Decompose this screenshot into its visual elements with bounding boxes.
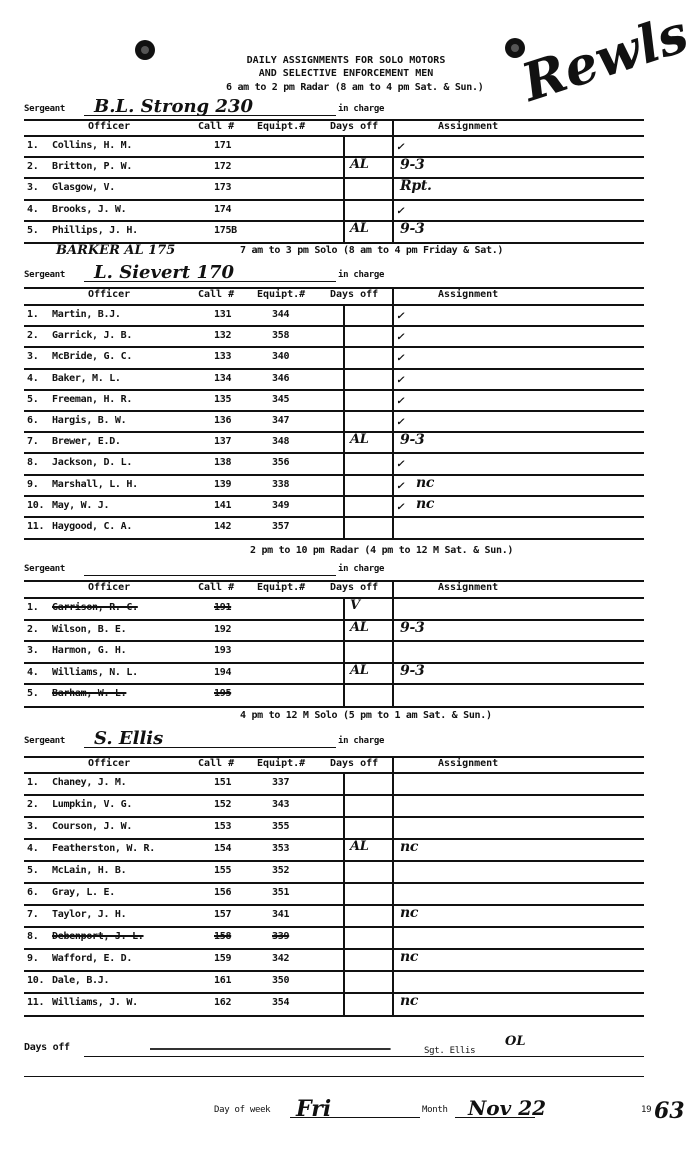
days-off-entry: AL: [350, 432, 369, 447]
day-of-week-value: Fri: [296, 1096, 331, 1122]
equipment-number: 356: [272, 457, 289, 468]
column-header-call: Call #: [198, 121, 234, 132]
officer-name: Garrison, R. C.: [52, 602, 138, 613]
column-header-assignment: Assignment: [438, 758, 498, 769]
row-number: 10.: [27, 500, 44, 511]
table-row: 8.Debenport, J. L.158339: [24, 927, 644, 949]
row-number: 1.: [27, 602, 38, 613]
equipment-number: 353: [272, 843, 289, 854]
call-number: 132: [214, 330, 231, 341]
call-number: 162: [214, 997, 231, 1008]
officer-name: Collins, H. M.: [52, 140, 132, 151]
equipment-number: 351: [272, 887, 289, 898]
day-of-week-underline: [290, 1117, 420, 1118]
officer-name: Baker, M. L.: [52, 373, 121, 384]
equipment-number: 347: [272, 415, 289, 426]
call-number: 154: [214, 843, 231, 854]
equipment-number: 345: [272, 394, 289, 405]
row-number: 11.: [27, 997, 44, 1008]
officer-name: Courson, J. W.: [52, 821, 132, 832]
equipment-number: 358: [272, 330, 289, 341]
assignment-entry: nc: [416, 475, 434, 491]
table-row: 1.Martin, B.J.131344✓: [24, 305, 644, 327]
call-number: 171: [214, 140, 231, 151]
call-number: 152: [214, 799, 231, 810]
call-number: 153: [214, 821, 231, 832]
sergeant-name: B.L. Strong 230: [94, 96, 253, 117]
call-number: 136: [214, 415, 231, 426]
column-header-equip: Equipt.#: [257, 582, 305, 593]
call-number: 159: [214, 953, 231, 964]
officer-name: Williams, J. W.: [52, 997, 138, 1008]
row-number: 1.: [27, 777, 38, 788]
call-number: 134: [214, 373, 231, 384]
column-header-days-off: Days off: [330, 582, 378, 593]
month-label: Month: [422, 1105, 448, 1115]
equipment-number: 346: [272, 373, 289, 384]
row-number: 8.: [27, 931, 38, 942]
check-mark: ✓: [396, 375, 404, 386]
table-row: 5.Barham, W. L.195: [24, 684, 644, 706]
table-row: 1.Collins, H. M.171✓: [24, 136, 644, 158]
officer-name: Debenport, J. L.: [52, 931, 144, 942]
row-number: 8.: [27, 457, 38, 468]
year-value: 63: [654, 1098, 685, 1124]
row-number: 2.: [27, 330, 38, 341]
column-header-equip: Equipt.#: [257, 289, 305, 300]
equipment-number: 338: [272, 479, 289, 490]
column-header-days-off: Days off: [330, 289, 378, 300]
officer-name: Taylor, J. H.: [52, 909, 126, 920]
table-row: 5.Phillips, J. H.175BAL9-3: [24, 221, 644, 243]
column-header-officer: Officer: [88, 289, 130, 300]
equipment-number: 340: [272, 351, 289, 362]
equipment-number: 339: [272, 931, 289, 942]
call-number: 131: [214, 309, 231, 320]
assignment-entry: 9-3: [400, 620, 424, 636]
column-header-assignment: Assignment: [438, 289, 498, 300]
assignment-entry: nc: [416, 496, 434, 512]
shift-hours: 7 am to 3 pm Solo (8 am to 4 pm Friday &…: [240, 245, 503, 256]
column-header-call: Call #: [198, 758, 234, 769]
sergeant-label: Sergeant: [24, 270, 65, 280]
equipment-number: 357: [272, 521, 289, 532]
days-off-entry: AL: [350, 157, 369, 172]
call-number: 172: [214, 161, 231, 172]
row-number: 1.: [27, 140, 38, 151]
row-number: 2.: [27, 624, 38, 635]
shift-hours: 2 pm to 10 pm Radar (4 pm to 12 M Sat. &…: [250, 545, 513, 556]
call-number: 141: [214, 500, 231, 511]
table-row: 10.May, W. J.141349✓nc: [24, 496, 644, 518]
table-row: 9.Wafford, E. D.159342nc: [24, 949, 644, 971]
row-number: 4.: [27, 843, 38, 854]
officer-name: Garrick, J. B.: [52, 330, 132, 341]
check-mark: ✓: [396, 481, 404, 492]
column-header-equip: Equipt.#: [257, 121, 305, 132]
officer-name: Marshall, L. H.: [52, 479, 138, 490]
row-number: 9.: [27, 953, 38, 964]
year-label: 19: [641, 1105, 651, 1115]
table-row: 4.Brooks, J. W.174✓: [24, 200, 644, 222]
sergeant-name: S. Ellis: [94, 728, 163, 749]
officer-name: Williams, N. L.: [52, 667, 138, 678]
sergeant-label: Sergeant: [24, 736, 65, 746]
check-mark: ✓: [396, 206, 404, 217]
days-off-value: Sgt. Ellis: [424, 1046, 475, 1056]
in-charge-label: in charge: [338, 270, 384, 280]
form-title-line2: AND SELECTIVE ENFORCEMENT MEN: [0, 68, 692, 79]
officer-name: Martin, B.J.: [52, 309, 121, 320]
equipment-number: 343: [272, 799, 289, 810]
table-row: 2.Lumpkin, V. G.152343: [24, 795, 644, 817]
days-off-entry: AL: [350, 663, 369, 678]
row-number: 4.: [27, 373, 38, 384]
officer-name: McLain, H. B.: [52, 865, 126, 876]
sergeant-underline: [84, 575, 336, 576]
row-number: 4.: [27, 204, 38, 215]
days-off-entry: AL: [350, 620, 369, 635]
table-row: 5.McLain, H. B.155352: [24, 861, 644, 883]
day-of-week-label: Day of week: [214, 1105, 270, 1115]
row-number: 9.: [27, 479, 38, 490]
call-number: 135: [214, 394, 231, 405]
in-charge-label: in charge: [338, 104, 384, 114]
row-number: 7.: [27, 436, 38, 447]
row-number: 10.: [27, 975, 44, 986]
table-row: 11.Haygood, C. A.142357: [24, 517, 644, 539]
table-row: 2.Britton, P. W.172AL9-3: [24, 157, 644, 179]
call-number: 137: [214, 436, 231, 447]
officer-name: May, W. J.: [52, 500, 109, 511]
officer-name: Glasgow, V.: [52, 182, 115, 193]
call-number: 142: [214, 521, 231, 532]
assignment-entry: 9-3: [400, 221, 424, 237]
call-number: 157: [214, 909, 231, 920]
table-bottom-rule: [24, 538, 644, 540]
officer-name: Brooks, J. W.: [52, 204, 126, 215]
row-number: 3.: [27, 182, 38, 193]
table-row: 11.Williams, J. W.162354nc: [24, 993, 644, 1015]
days-off-struck-text: [150, 1044, 391, 1054]
equipment-number: 341: [272, 909, 289, 920]
officer-name: Featherston, W. R.: [52, 843, 155, 854]
in-charge-label: in charge: [338, 736, 384, 746]
row-number: 3.: [27, 645, 38, 656]
row-number: 5.: [27, 225, 38, 236]
call-number: 139: [214, 479, 231, 490]
table-row: 9.Marshall, L. H.139338✓nc: [24, 475, 644, 497]
days-off-entry: AL: [350, 221, 369, 236]
call-number: 174: [214, 204, 231, 215]
equipment-number: 348: [272, 436, 289, 447]
officer-name: Jackson, D. L.: [52, 457, 132, 468]
sergeant-label: Sergeant: [24, 104, 65, 114]
table-row: 1.Garrison, R. C.191V: [24, 598, 644, 620]
days-off-entry: AL: [350, 839, 369, 854]
officer-name: Chaney, J. M.: [52, 777, 126, 788]
table-row: 5.Freeman, H. R.135345✓: [24, 390, 644, 412]
table-row: 7.Brewer, E.D.137348AL9-3: [24, 432, 644, 454]
check-mark: ✓: [396, 311, 404, 322]
officer-name: Brewer, E.D.: [52, 436, 121, 447]
column-header-equip: Equipt.#: [257, 758, 305, 769]
table-row: 3.Courson, J. W.153355: [24, 817, 644, 839]
column-header-assignment: Assignment: [438, 121, 498, 132]
table-bottom-rule: [24, 706, 644, 708]
table-row: 3.McBride, G. C.133340✓: [24, 347, 644, 369]
check-mark: ✓: [396, 417, 404, 428]
check-mark: ✓: [396, 332, 404, 343]
call-number: 191: [214, 602, 231, 613]
column-header-days-off: Days off: [330, 758, 378, 769]
sergeant-label: Sergeant: [24, 564, 65, 574]
column-header-officer: Officer: [88, 758, 130, 769]
equipment-number: 355: [272, 821, 289, 832]
form-title-line1: DAILY ASSIGNMENTS FOR SOLO MOTORS: [0, 55, 692, 66]
call-number: 158: [214, 931, 231, 942]
row-number: 7.: [27, 909, 38, 920]
table-bottom-rule: [24, 1015, 644, 1017]
officer-name: Freeman, H. R.: [52, 394, 132, 405]
call-number: 155: [214, 865, 231, 876]
call-number: 193: [214, 645, 231, 656]
officer-name: Britton, P. W.: [52, 161, 132, 172]
check-mark: ✓: [396, 502, 404, 513]
call-number: 173: [214, 182, 231, 193]
equipment-number: 344: [272, 309, 289, 320]
call-number: 194: [214, 667, 231, 678]
shift-hours: 6 am to 2 pm Radar (8 am to 4 pm Sat. & …: [226, 82, 483, 93]
footer-rule: [24, 1076, 644, 1077]
call-number: 133: [214, 351, 231, 362]
table-row: 4.Featherston, W. R.154353ALnc: [24, 839, 644, 861]
days-off-underline: [84, 1056, 644, 1057]
assignment-entry: nc: [400, 993, 418, 1009]
assignment-entry: nc: [400, 905, 418, 921]
officer-name: Dale, B.J.: [52, 975, 109, 986]
call-number: 151: [214, 777, 231, 788]
column-header-call: Call #: [198, 582, 234, 593]
table-row: 3.Harmon, G. H.193: [24, 641, 644, 663]
row-number: 3.: [27, 821, 38, 832]
row-number: 1.: [27, 309, 38, 320]
row-number: 5.: [27, 865, 38, 876]
row-number: 5.: [27, 394, 38, 405]
call-number: 138: [214, 457, 231, 468]
column-header-officer: Officer: [88, 121, 130, 132]
days-off-label: Days off: [24, 1042, 70, 1053]
officer-name: Phillips, J. H.: [52, 225, 138, 236]
row-number: 4.: [27, 667, 38, 678]
column-header-days-off: Days off: [330, 121, 378, 132]
row-number: 5.: [27, 688, 38, 699]
officer-name: Haygood, C. A.: [52, 521, 132, 532]
assignment-entry: 9-3: [400, 157, 424, 173]
handwritten-annotation: BARKER AL 175: [56, 243, 175, 258]
table-row: 4.Williams, N. L.194AL9-3: [24, 663, 644, 685]
officer-name: Lumpkin, V. G.: [52, 799, 132, 810]
equipment-number: 342: [272, 953, 289, 964]
officer-name: Wafford, E. D.: [52, 953, 132, 964]
table-row: 2.Garrick, J. B.132358✓: [24, 326, 644, 348]
check-mark: ✓: [396, 353, 404, 364]
table-row: 3.Glasgow, V.173Rpt.: [24, 178, 644, 200]
call-number: 192: [214, 624, 231, 635]
days-off-note: OL: [505, 1034, 525, 1049]
sergeant-name: L. Sievert 170: [94, 262, 234, 283]
call-number: 175B: [214, 225, 237, 236]
check-mark: ✓: [396, 459, 404, 470]
in-charge-label: in charge: [338, 564, 384, 574]
row-number: 11.: [27, 521, 44, 532]
row-number: 6.: [27, 415, 38, 426]
table-row: 6.Gray, L. E.156351: [24, 883, 644, 905]
check-mark: ✓: [396, 142, 404, 153]
officer-name: Gray, L. E.: [52, 887, 115, 898]
assignment-entry: nc: [400, 839, 418, 855]
call-number: 161: [214, 975, 231, 986]
assignment-entry: 9-3: [400, 432, 424, 448]
officer-name: Barham, W. L.: [52, 688, 126, 699]
equipment-number: 352: [272, 865, 289, 876]
column-header-assignment: Assignment: [438, 582, 498, 593]
equipment-number: 337: [272, 777, 289, 788]
days-off-entry: V: [350, 598, 360, 613]
row-number: 3.: [27, 351, 38, 362]
month-underline: [455, 1117, 535, 1118]
equipment-number: 350: [272, 975, 289, 986]
row-number: 2.: [27, 799, 38, 810]
assignment-entry: Rpt.: [400, 178, 432, 194]
assignment-entry: nc: [400, 949, 418, 965]
call-number: 156: [214, 887, 231, 898]
call-number: 195: [214, 688, 231, 699]
column-header-officer: Officer: [88, 582, 130, 593]
officer-name: Wilson, B. E.: [52, 624, 126, 635]
row-number: 6.: [27, 887, 38, 898]
row-number: 2.: [27, 161, 38, 172]
officer-name: McBride, G. C.: [52, 351, 132, 362]
table-row: 1.Chaney, J. M.151337: [24, 773, 644, 795]
table-row: 2.Wilson, B. E.192AL9-3: [24, 620, 644, 642]
table-row: 7.Taylor, J. H.157341nc: [24, 905, 644, 927]
equipment-number: 354: [272, 997, 289, 1008]
check-mark: ✓: [396, 396, 404, 407]
officer-name: Hargis, B. W.: [52, 415, 126, 426]
table-row: 8.Jackson, D. L.138356✓: [24, 453, 644, 475]
shift-hours: 4 pm to 12 M Solo (5 pm to 1 am Sat. & S…: [240, 710, 492, 721]
equipment-number: 349: [272, 500, 289, 511]
column-header-call: Call #: [198, 289, 234, 300]
table-row: 6.Hargis, B. W.136347✓: [24, 411, 644, 433]
officer-name: Harmon, G. H.: [52, 645, 126, 656]
table-row: 10.Dale, B.J.161350: [24, 971, 644, 993]
table-row: 4.Baker, M. L.134346✓: [24, 369, 644, 391]
assignment-entry: 9-3: [400, 663, 424, 679]
